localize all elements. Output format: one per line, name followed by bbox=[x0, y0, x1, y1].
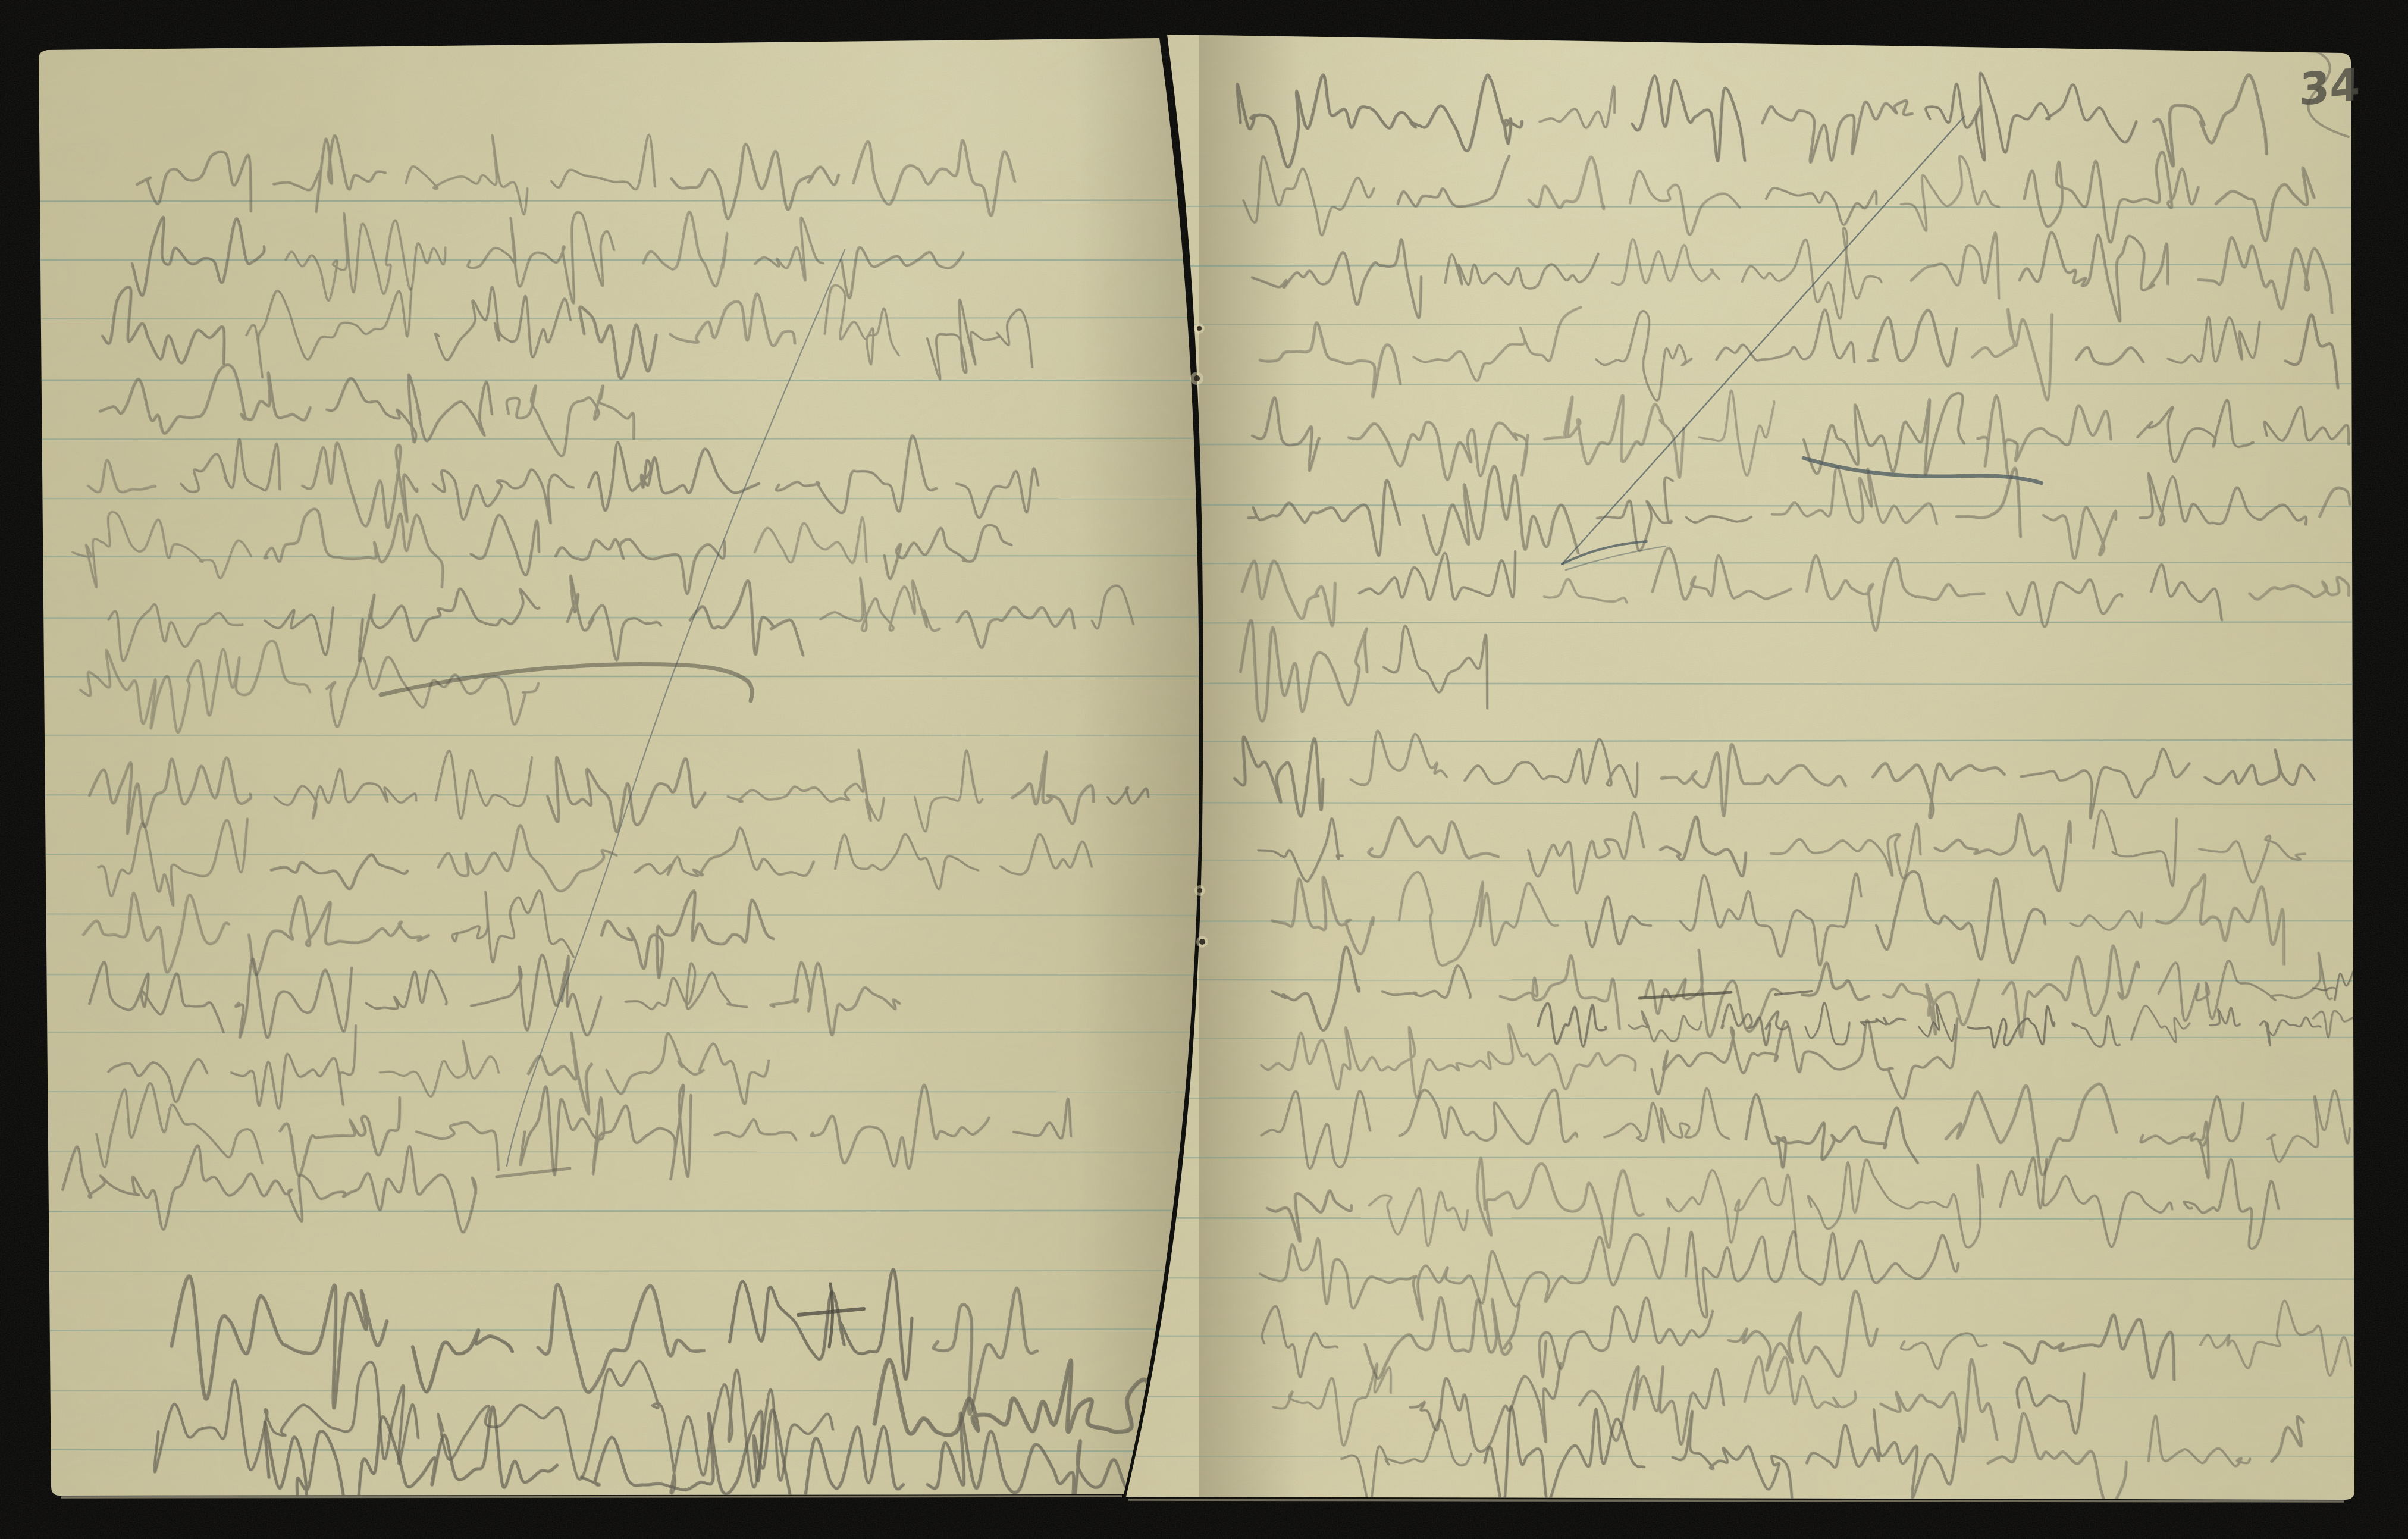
scan-grain-overlay bbox=[0, 0, 2408, 1539]
notebook-scan: 34 bbox=[0, 0, 2408, 1539]
scan-svg: 34 bbox=[0, 0, 2408, 1539]
